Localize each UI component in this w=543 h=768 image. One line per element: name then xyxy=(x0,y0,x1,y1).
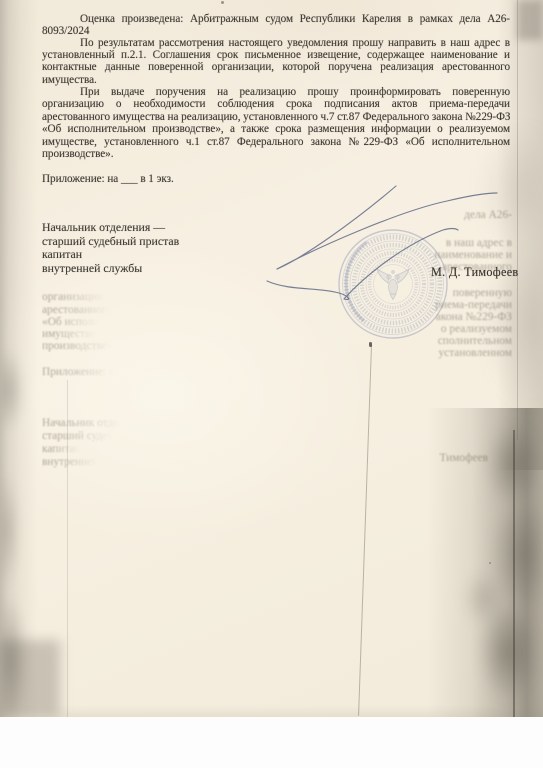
text-line: внутренней службы xyxy=(42,262,262,276)
text-line: организацию о необходимости соблюдения с… xyxy=(42,98,510,110)
text-line: «Об исполнительном производстве», а такж… xyxy=(42,123,510,135)
text-line: имуществе, установленного ч.1 ст.87 Феде… xyxy=(42,136,510,148)
official-round-stamp xyxy=(334,225,452,343)
text-line: имущества. xyxy=(42,74,510,86)
paragraph-notification: По результатам рассмотрения настоящего у… xyxy=(42,37,510,87)
text-line: Начальник отделения — xyxy=(42,221,262,235)
scanned-document-page: организациюарестованного«Об исполнимущес… xyxy=(0,0,543,768)
eagle-emblem xyxy=(377,269,409,300)
paragraph-realization-order: При выдаче поручения на реализацию прошу… xyxy=(42,86,510,161)
scan-background-strip xyxy=(0,717,543,768)
scan-speck xyxy=(489,562,491,564)
text-line: контактные данные поверенной организации… xyxy=(42,61,510,73)
text-line: Оценка произведена: Арбитражным судом Ре… xyxy=(42,13,510,25)
signature-title-block: Начальник отделения —старший судебный пр… xyxy=(42,221,262,276)
text-line: установленный п.2.1. Соглашения срок пис… xyxy=(42,49,510,61)
text-line: По результатам рассмотрения настоящего у… xyxy=(42,37,510,49)
text-line: арестованного имущества на реализацию, у… xyxy=(42,111,510,123)
signer-name: М. Д. Тимофеев xyxy=(431,265,518,280)
paragraph-case-evaluation: Оценка произведена: Арбитражным судом Ре… xyxy=(42,13,510,38)
text-line: капитан xyxy=(42,248,262,262)
text-line: производстве». xyxy=(42,148,510,160)
attachment-line: Приложение: на ___ в 1 экз. xyxy=(42,173,510,185)
text-line: При выдаче поручения на реализацию прошу… xyxy=(42,86,510,98)
scan-speck xyxy=(221,1,224,4)
text-line: старший судебный пристав xyxy=(42,235,262,249)
